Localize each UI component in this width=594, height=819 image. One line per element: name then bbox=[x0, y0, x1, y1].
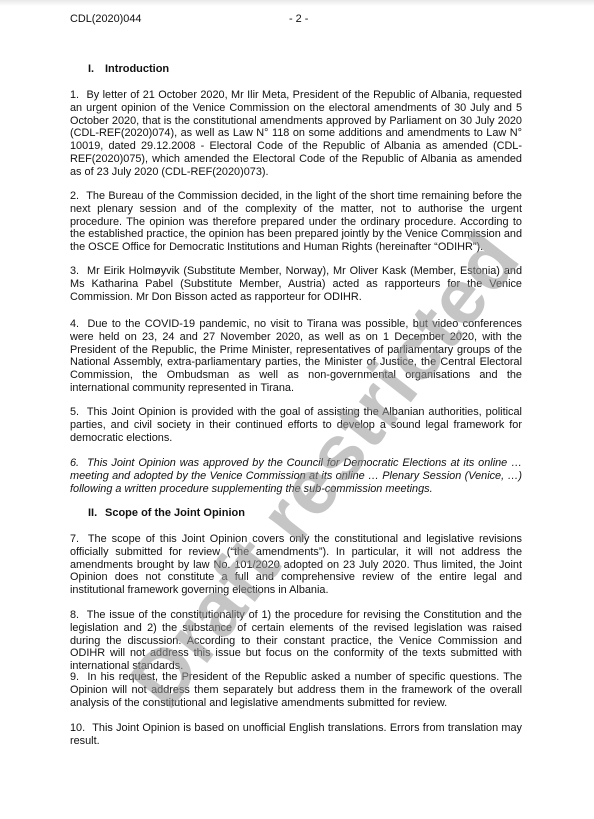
paragraph-3: 3. Mr Eirik Holmøyvik (Substitute Member… bbox=[70, 265, 522, 303]
paragraph-number: 4. bbox=[70, 318, 79, 330]
section-heading-scope: II.Scope of the Joint Opinion bbox=[88, 507, 245, 520]
paragraph-number: 3. bbox=[70, 265, 79, 277]
paragraph-text: The issue of the constitutionality of 1)… bbox=[70, 609, 522, 672]
paragraph-2: 2. The Bureau of the Commission decided,… bbox=[70, 190, 522, 254]
paragraph-text: This Joint Opinion is provided with the … bbox=[70, 406, 522, 444]
section-number: I. bbox=[88, 63, 105, 76]
paragraph-text: The scope of this Joint Opinion covers o… bbox=[70, 533, 522, 596]
section-title: Scope of the Joint Opinion bbox=[105, 507, 245, 519]
paragraph-5: 5. This Joint Opinion is provided with t… bbox=[70, 406, 522, 444]
viewer-top-shadow bbox=[0, 0, 594, 6]
section-number: II. bbox=[88, 507, 105, 520]
paragraph-number: 5. bbox=[70, 406, 79, 418]
section-title: Introduction bbox=[105, 63, 169, 75]
paragraph-4: 4. Due to the COVID-19 pandemic, no visi… bbox=[70, 318, 522, 395]
page-header: CDL(2020)044 - 2 - bbox=[70, 13, 522, 27]
paragraph-number: 10. bbox=[70, 722, 85, 734]
paragraph-1: 1. By letter of 21 October 2020, Mr Ilir… bbox=[70, 89, 522, 178]
paragraph-number: 2. bbox=[70, 190, 79, 202]
paragraph-6: 6. This Joint Opinion was approved by th… bbox=[70, 457, 522, 495]
section-heading-introduction: I.Introduction bbox=[88, 63, 169, 76]
paragraph-text: Mr Eirik Holmøyvik (Substitute Member, N… bbox=[70, 265, 522, 303]
document-reference: CDL(2020)044 bbox=[70, 13, 141, 26]
paragraph-number: 1. bbox=[70, 89, 79, 101]
paragraph-8: 8. The issue of the constitutionality of… bbox=[70, 609, 522, 673]
paragraph-number: 8. bbox=[70, 609, 79, 621]
paragraph-7: 7. The scope of this Joint Opinion cover… bbox=[70, 533, 522, 597]
paragraph-text: The Bureau of the Commission decided, in… bbox=[70, 190, 522, 253]
paragraph-text: By letter of 21 October 2020, Mr Ilir Me… bbox=[70, 89, 522, 178]
paragraph-number: 7. bbox=[70, 533, 79, 545]
paragraph-text: This Joint Opinion was approved by the C… bbox=[70, 457, 522, 495]
paragraph-number: 6. bbox=[70, 457, 79, 469]
paragraph-number: 9. bbox=[70, 671, 79, 683]
page-number: - 2 - bbox=[289, 13, 308, 26]
paragraph-text: Due to the COVID-19 pandemic, no visit t… bbox=[70, 318, 522, 394]
paragraph-10: 10. This Joint Opinion is based on unoff… bbox=[70, 722, 522, 748]
paragraph-text: In his request, the President of the Rep… bbox=[70, 671, 522, 709]
paragraph-9: 9. In his request, the President of the … bbox=[70, 671, 522, 709]
paragraph-text: This Joint Opinion is based on unofficia… bbox=[70, 722, 522, 747]
